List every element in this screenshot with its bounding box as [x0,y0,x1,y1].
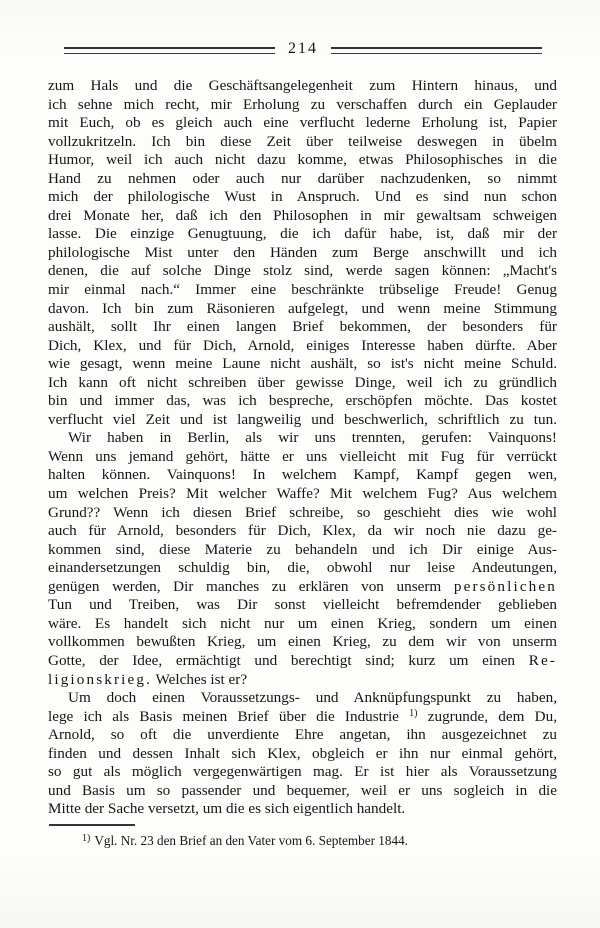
header-rule-right [331,47,542,54]
text-segment: Tun und Treiben, was Dir sonst vielleich… [48,596,557,613]
text-segment: genügen werden, Dir manches zu erklären … [48,578,454,595]
text-segment: Hand zu nehmen oder auch nur darüber nac… [48,170,557,187]
text-segment: Welches ist er? [152,671,247,688]
text-line: mit Euch, ob es gleich auch eine verfluc… [48,114,557,133]
text-line: vollkommen bewußten Krieg, um einen Krie… [48,633,557,652]
text-segment: aushält, sollt Ihr einen langen Brief be… [48,318,557,335]
footnote-reference: 1) [409,708,417,719]
header-rule-left [64,47,275,54]
text-line: genügen werden, Dir manches zu erklären … [48,578,557,597]
text-segment: mit Euch, ob es gleich auch eine verfluc… [48,114,557,131]
text-line: Gotte, der Idee, ermächtigt und berechti… [48,652,557,671]
text-segment: Wenn uns jemand gehört, hätte er uns vie… [48,448,557,465]
text-line: Arnold, so oft die unverdiente Ehre ange… [48,726,557,745]
text-line: ligionskrieg. Welches ist er? [48,671,557,690]
text-line: Dich, Klex, und für Dich, Arnold, einige… [48,337,557,356]
text-line: auch für Arnold, besonders für Dich, Kle… [48,522,557,541]
text-line: ich sehne mich recht, mir Erholung zu ve… [48,96,557,115]
text-line: Humor, weil ich auch nicht dazu komme, e… [48,151,557,170]
text-segment: denen, die auf solche Dinge stolz sind, … [48,262,557,279]
text-line: mir einmal nach.“ Immer eine beschränkte… [48,281,557,300]
text-line: kommen sind, diese Materie zu behandeln … [48,541,557,560]
text-line: denen, die auf solche Dinge stolz sind, … [48,262,557,281]
text-block: zum Hals und die Geschäftsangelegenheit … [48,77,557,819]
text-segment: Um doch einen Voraussetzungs- und Anknüp… [68,689,557,706]
footnote: 1)Vgl. Nr. 23 den Brief an den Vater vom… [48,833,557,849]
text-segment: um welchen Preis? Mit welcher Waffe? Mit… [48,485,557,502]
text-segment: bin und immer das, was ich bespreche, er… [48,392,557,409]
text-line: bin und immer das, was ich bespreche, er… [48,392,557,411]
text-line: Mitte der Sache versetzt, um die es sich… [48,800,557,819]
text-segment: vollkommen bewußten Krieg, um einen Krie… [48,633,557,650]
text-line: vollzukritzeln. Ich bin diese Zeit über … [48,133,557,152]
text-segment: Re- [529,652,557,669]
text-segment: lasse. Die einzige Genugtuung, die ich d… [48,225,557,242]
text-line: wäre. Es handelt sich nicht nur um einen… [48,615,557,634]
text-segment: Dich, Klex, und für Dich, Arnold, einige… [48,337,557,354]
text-line: Tun und Treiben, was Dir sonst vielleich… [48,596,557,615]
text-segment: finden und dessen Inhalt sich Klex, obgl… [48,745,557,762]
text-line: Um doch einen Voraussetzungs- und Anknüp… [48,689,557,708]
footnote-separator [49,824,135,826]
text-segment: verflucht viel Zeit und ist langweilig u… [48,411,557,428]
text-line: Hand zu nehmen oder auch nur darüber nac… [48,170,557,189]
text-line: einandersetzungen schuldig bin, die, obw… [48,559,557,578]
text-line: aushält, sollt Ihr einen langen Brief be… [48,318,557,337]
text-segment: ligionskrieg. [48,671,152,688]
text-segment: persönlichen [454,578,557,595]
text-line: finden und dessen Inhalt sich Klex, obgl… [48,745,557,764]
footnote-text: Vgl. Nr. 23 den Brief an den Vater vom 6… [94,833,408,848]
footnote-marker: 1) [82,833,90,844]
text-segment: Gotte, der Idee, ermächtigt und berechti… [48,652,529,669]
text-segment: und Basis um so passender und bequemer, … [48,782,557,799]
page-number: 214 [288,41,318,57]
text-line: so gut als möglich vergegenwärtigen mag.… [48,763,557,782]
text-line: philologische Mist unter den Händen zum … [48,244,557,263]
text-line: mich der philologische Wust in Anspruch.… [48,188,557,207]
text-line: Wir haben in Berlin, als wir uns trennte… [48,429,557,448]
text-segment: einandersetzungen schuldig bin, die, obw… [48,559,557,576]
text-line: wie gesagt, wenn meine Laune nicht aushä… [48,355,557,374]
text-line: halten können. Vainquons! In welchem Kam… [48,466,557,485]
text-segment: auch für Arnold, besonders für Dich, Kle… [48,522,557,539]
text-line: zum Hals und die Geschäftsangelegenheit … [48,77,557,96]
text-line: lege ich als Basis meinen Brief über die… [48,708,557,727]
text-line: um welchen Preis? Mit welcher Waffe? Mit… [48,485,557,504]
text-segment: drei Monate her, daß ich den Philosophen… [48,207,557,224]
text-line: Grund?? Wenn ich diesen Brief schreibe, … [48,504,557,523]
text-line: Wenn uns jemand gehört, hätte er uns vie… [48,448,557,467]
text-segment: kommen sind, diese Materie zu behandeln … [48,541,557,558]
text-segment: davon. Ich bin zum Räsonieren aufgelegt,… [48,300,557,317]
text-segment: so gut als möglich vergegenwärtigen mag.… [48,763,557,780]
text-segment: mich der philologische Wust in Anspruch.… [48,188,557,205]
text-segment: wie gesagt, wenn meine Laune nicht aushä… [48,355,557,372]
page-header: 214 [64,42,542,58]
text-segment: zum Hals und die Geschäftsangelegenheit … [48,77,557,94]
book-page: 214 zum Hals und die Geschäftsangelegenh… [0,0,600,928]
text-segment: vollzukritzeln. Ich bin diese Zeit über … [48,133,557,150]
text-segment: mir einmal nach.“ Immer eine beschränkte… [48,281,557,298]
text-line: lasse. Die einzige Genugtuung, die ich d… [48,225,557,244]
text-segment: ich sehne mich recht, mir Erholung zu ve… [48,96,557,113]
text-segment: Arnold, so oft die unverdiente Ehre ange… [48,726,557,743]
text-segment: Ich kann oft nicht schreiben über gewiss… [48,374,557,391]
text-line: Ich kann oft nicht schreiben über gewiss… [48,374,557,393]
text-segment: lege ich als Basis meinen Brief über die… [48,708,409,725]
text-segment: wäre. Es handelt sich nicht nur um einen… [48,615,557,632]
text-line: verflucht viel Zeit und ist langweilig u… [48,411,557,430]
text-segment: Humor, weil ich auch nicht dazu komme, e… [48,151,557,168]
text-line: drei Monate her, daß ich den Philosophen… [48,207,557,226]
text-segment: Wir haben in Berlin, als wir uns trennte… [68,429,557,446]
text-segment: Grund?? Wenn ich diesen Brief schreibe, … [48,504,557,521]
text-segment: philologische Mist unter den Händen zum … [48,244,557,261]
text-segment: Mitte der Sache versetzt, um die es sich… [48,800,405,817]
text-line: davon. Ich bin zum Räsonieren aufgelegt,… [48,300,557,319]
text-segment: halten können. Vainquons! In welchem Kam… [48,466,557,483]
text-line: und Basis um so passender und bequemer, … [48,782,557,801]
text-segment: zugrunde, dem Du, [418,708,558,725]
